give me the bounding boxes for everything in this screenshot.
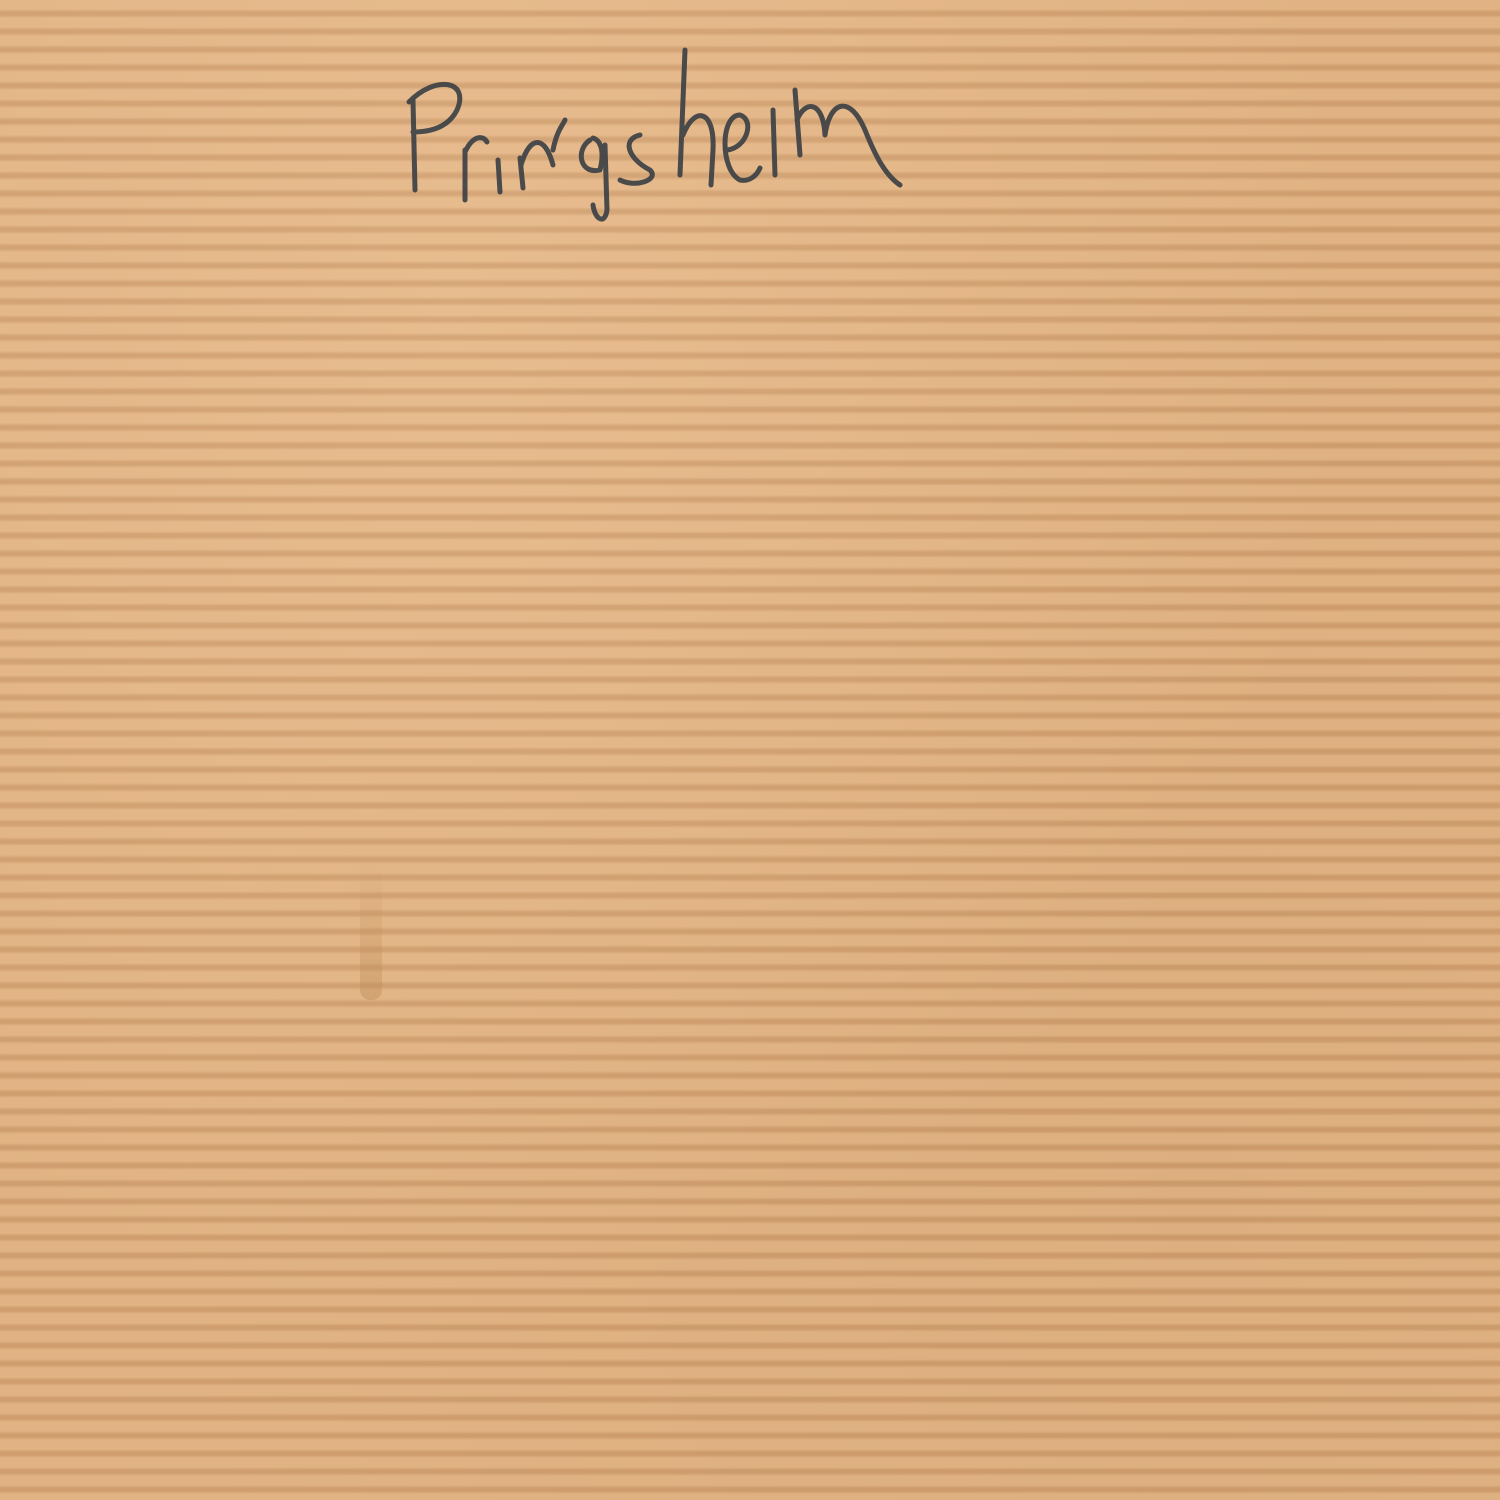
- handwriting-strokes: [395, 40, 1115, 230]
- handwritten-inscription: Pringsheim: [395, 40, 1115, 230]
- kraft-paper-background: Pringsheim: [0, 0, 1500, 1500]
- paper-stain: [360, 860, 382, 1000]
